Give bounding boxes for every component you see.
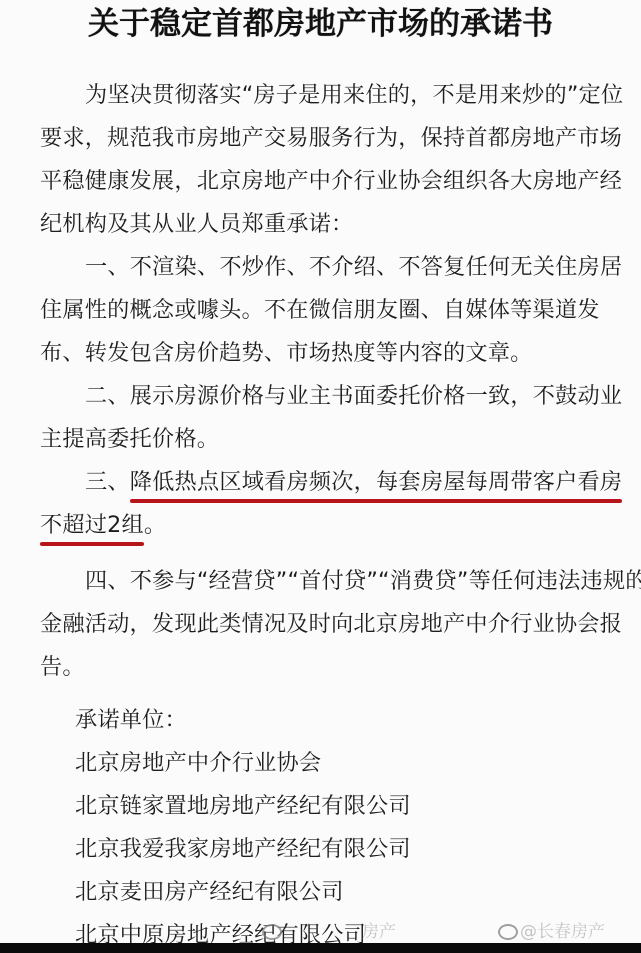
weibo-icon	[498, 924, 518, 940]
commitment-4-line-1: 四、不参与“经营贷”“首付贷”“消费贷”等任何违法违规的	[85, 566, 641, 596]
bottom-black-bar	[0, 943, 641, 953]
commitment-3-suffix: 。	[144, 512, 166, 538]
commitment-4-line-3: 告。	[40, 652, 620, 682]
commitment-2-line-1: 二、展示房源价格与业主书面委托价格一致，不鼓动业	[85, 381, 641, 411]
commitment-2-line-2: 主提高委托价格。	[40, 424, 620, 454]
commitment-1-line-1: 一、不渲染、不炒作、不介绍、不答复任何无关住房居	[85, 252, 641, 282]
red-underline-highlight: 降低热点区域看房频次，每套房屋每周带客户看房	[130, 467, 623, 497]
intro-line-3: 平稳健康发展，北京房地产中介行业协会组织各大房地产经	[40, 166, 620, 196]
commitment-letter-document: 关于稳定首都房地产市场的承诺书 为坚决贯彻落实“房子是用来住的，不是用来炒的”定…	[0, 0, 641, 953]
intro-line-1: 为坚决贯彻落实“房子是用来住的，不是用来炒的”定位	[85, 80, 641, 110]
signatory-4: 北京麦田房产经纪有限公司	[75, 877, 641, 907]
commitment-1-line-2: 住属性的概念或噱头。不在微信朋友圈、自媒体等渠道发	[40, 295, 620, 325]
signatory-2: 北京链家置地房地产经纪有限公司	[75, 791, 641, 821]
intro-line-2: 要求，规范我市房地产交易服务行为，保持首都房地产市场	[40, 123, 620, 153]
red-underline-highlight: 不超过2组	[40, 510, 144, 540]
signatory-1: 北京房地产中介行业协会	[75, 748, 641, 778]
watermark-right: @长春房产	[498, 922, 605, 942]
commitment-1-line-3: 布、转发包含房价趋势、市场热度等内容的文章。	[40, 338, 620, 368]
commitment-3-prefix: 三、	[85, 469, 130, 495]
commitment-3-line-2: 不超过2组。	[40, 510, 620, 540]
document-title: 关于稳定首都房地产市场的承诺书	[0, 4, 641, 44]
commitment-3-line-1: 三、降低热点区域看房频次，每套房屋每周带客户看房	[85, 467, 641, 497]
weibo-icon	[262, 924, 282, 940]
intro-line-4: 纪机构及其从业人员郑重承诺：	[40, 209, 620, 239]
signatory-3: 北京我爱我家房地产经纪有限公司	[75, 834, 641, 864]
signatories-label: 承诺单位：	[75, 705, 641, 735]
watermark-center: 房产	[262, 922, 396, 942]
commitment-4-line-2: 金融活动，发现此类情况及时向北京房地产中介行业协会报	[40, 609, 620, 639]
